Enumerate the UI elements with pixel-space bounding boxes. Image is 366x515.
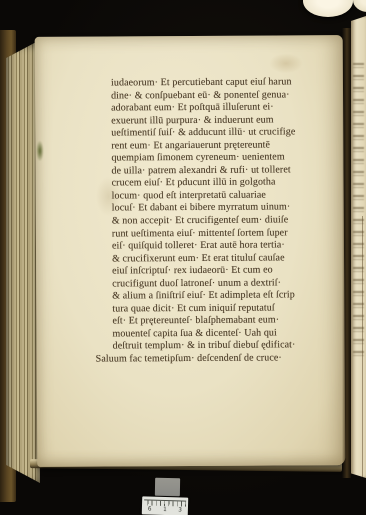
manuscript-page: iudaeorum· Et percutiebant caput eiuſ ha… xyxy=(35,35,346,467)
facing-page-crease xyxy=(362,216,363,478)
text-block: iudaeorum· Et percutiebant caput eiuſ ha… xyxy=(111,76,349,366)
ruler-digit: 6 xyxy=(148,506,152,513)
scale-ruler: 6 1 3 xyxy=(142,496,188,515)
page-weight-blob xyxy=(303,0,353,17)
ruler-digits: 6 1 3 xyxy=(144,505,186,513)
gutter-shadow xyxy=(342,28,351,478)
manuscript-photograph: iudaeorum· Et percutiebant caput eiuſ ha… xyxy=(0,0,366,515)
parchment-stain xyxy=(269,53,303,73)
gray-color-chip xyxy=(155,478,180,496)
text-line: Saluum fac temetipſum· deſcendenſ de cru… xyxy=(96,352,349,366)
green-stain xyxy=(36,141,43,161)
ruler-digit: 1 xyxy=(163,506,167,513)
ruler-digit: 3 xyxy=(178,506,182,513)
page-weight-blob-corner xyxy=(353,0,366,12)
facing-page-sliver xyxy=(351,16,366,478)
